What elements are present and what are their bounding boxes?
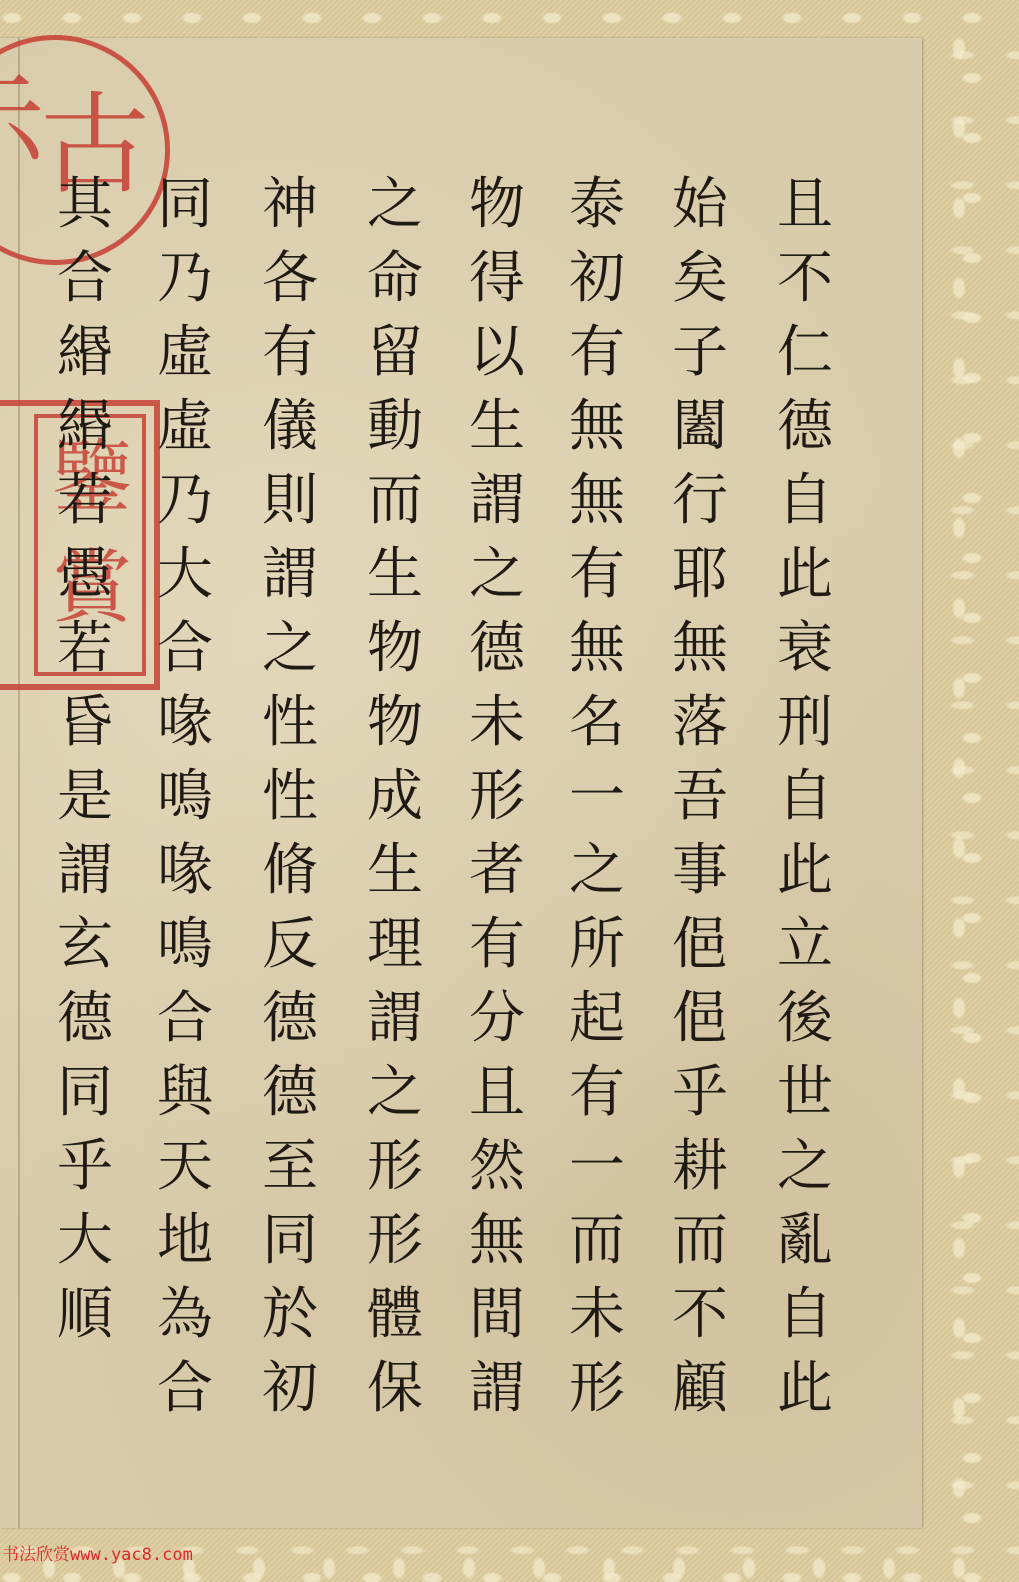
text-column-2: 始矣子闔行耶無落吾事俋俋乎耕而不顧 xyxy=(655,168,745,1426)
calligraphy-character: 自 xyxy=(760,760,850,834)
text-column-6: 神各有儀則謂之性性脩反德德至同於初 xyxy=(245,168,335,1426)
calligraphy-character: 儀 xyxy=(245,390,335,464)
calligraphy-character: 名 xyxy=(552,686,642,760)
calligraphy-character: 至 xyxy=(245,1130,335,1204)
calligraphy-character: 於 xyxy=(245,1278,335,1352)
calligraphy-character: 而 xyxy=(552,1204,642,1278)
calligraphy-character: 其 xyxy=(40,168,130,242)
calligraphy-character: 無 xyxy=(655,612,745,686)
calligraphy-character: 神 xyxy=(245,168,335,242)
calligraphy-character: 體 xyxy=(350,1278,440,1352)
calligraphy-character: 同 xyxy=(40,1056,130,1130)
calligraphy-character: 後 xyxy=(760,982,850,1056)
calligraphy-character: 成 xyxy=(350,760,440,834)
calligraphy-character: 脩 xyxy=(245,834,335,908)
calligraphy-character: 形 xyxy=(350,1130,440,1204)
calligraphy-character: 謂 xyxy=(452,464,542,538)
calligraphy-character: 吾 xyxy=(655,760,745,834)
calligraphy-character: 德 xyxy=(452,612,542,686)
calligraphy-character: 虛 xyxy=(140,390,230,464)
calligraphy-character: 緡 xyxy=(40,316,130,390)
calligraphy-character: 不 xyxy=(760,242,850,316)
calligraphy-character: 則 xyxy=(245,464,335,538)
calligraphy-character: 事 xyxy=(655,834,745,908)
calligraphy-character: 子 xyxy=(655,316,745,390)
seal-glyph: 示 xyxy=(0,70,45,180)
calligraphy-character: 不 xyxy=(655,1278,745,1352)
calligraphy-character: 得 xyxy=(452,242,542,316)
calligraphy-character: 以 xyxy=(452,316,542,390)
calligraphy-character: 地 xyxy=(140,1204,230,1278)
calligraphy-character: 謂 xyxy=(245,538,335,612)
calligraphy-character: 自 xyxy=(760,1278,850,1352)
calligraphy-character: 然 xyxy=(452,1130,542,1204)
calligraphy-character: 生 xyxy=(452,390,542,464)
calligraphy-character: 性 xyxy=(245,760,335,834)
calligraphy-character: 物 xyxy=(452,168,542,242)
calligraphy-character: 此 xyxy=(760,538,850,612)
watermark: 书法欣赏www.yac8.com xyxy=(2,1540,193,1565)
calligraphy-character: 物 xyxy=(350,612,440,686)
calligraphy-character: 耶 xyxy=(655,538,745,612)
calligraphy-character: 自 xyxy=(760,464,850,538)
calligraphy-character: 無 xyxy=(552,464,642,538)
calligraphy-character: 此 xyxy=(760,834,850,908)
calligraphy-character: 之 xyxy=(452,538,542,612)
calligraphy-character: 合 xyxy=(140,612,230,686)
calligraphy-character: 初 xyxy=(245,1352,335,1426)
calligraphy-character: 有 xyxy=(552,1056,642,1130)
calligraphy-character: 無 xyxy=(552,612,642,686)
calligraphy-character: 間 xyxy=(452,1278,542,1352)
calligraphy-character: 與 xyxy=(140,1056,230,1130)
calligraphy-character: 未 xyxy=(452,686,542,760)
text-column-7: 同乃虛虛乃大合喙鳴喙鳴合與天地為合 xyxy=(140,168,230,1426)
calligraphy-character: 鳴 xyxy=(140,908,230,982)
calligraphy-character: 乎 xyxy=(655,1056,745,1130)
calligraphy-character: 一 xyxy=(552,760,642,834)
calligraphy-character: 德 xyxy=(245,1056,335,1130)
calligraphy-character: 形 xyxy=(452,760,542,834)
calligraphy-character: 合 xyxy=(40,242,130,316)
calligraphy-character: 大 xyxy=(40,1204,130,1278)
calligraphy-character: 謂 xyxy=(452,1352,542,1426)
calligraphy-character: 闔 xyxy=(655,390,745,464)
calligraphy-character: 乃 xyxy=(140,464,230,538)
calligraphy-character: 刑 xyxy=(760,686,850,760)
calligraphy-character: 若 xyxy=(40,612,130,686)
calligraphy-character: 愚 xyxy=(40,538,130,612)
calligraphy-character: 各 xyxy=(245,242,335,316)
text-column-4: 物得以生謂之德未形者有分且然無間謂 xyxy=(452,168,542,1426)
text-column-8: 其合緡緡若愚若昏是謂玄德同乎大順 xyxy=(40,168,130,1352)
calligraphy-character: 有 xyxy=(245,316,335,390)
calligraphy-character: 分 xyxy=(452,982,542,1056)
calligraphy-character: 天 xyxy=(140,1130,230,1204)
calligraphy-character: 若 xyxy=(40,464,130,538)
calligraphy-character: 仁 xyxy=(760,316,850,390)
calligraphy-character: 物 xyxy=(350,686,440,760)
text-column-1: 且不仁德自此衰刑自此立後世之亂自此 xyxy=(760,168,850,1426)
calligraphy-character: 動 xyxy=(350,390,440,464)
calligraphy-character: 乎 xyxy=(40,1130,130,1204)
calligraphy-character: 德 xyxy=(245,982,335,1056)
calligraphy-character: 未 xyxy=(552,1278,642,1352)
calligraphy-character: 保 xyxy=(350,1352,440,1426)
calligraphy-character: 喙 xyxy=(140,686,230,760)
calligraphy-character: 顧 xyxy=(655,1352,745,1426)
calligraphy-character: 之 xyxy=(350,168,440,242)
calligraphy-character: 順 xyxy=(40,1278,130,1352)
calligraphy-character: 無 xyxy=(452,1204,542,1278)
calligraphy-character: 俋 xyxy=(655,982,745,1056)
calligraphy-character: 落 xyxy=(655,686,745,760)
calligraphy-character: 生 xyxy=(350,538,440,612)
calligraphy-character: 亂 xyxy=(760,1204,850,1278)
calligraphy-character: 玄 xyxy=(40,908,130,982)
calligraphy-character: 泰 xyxy=(552,168,642,242)
calligraphy-character: 緡 xyxy=(40,390,130,464)
calligraphy-character: 之 xyxy=(350,1056,440,1130)
calligraphy-character: 之 xyxy=(245,612,335,686)
calligraphy-character: 者 xyxy=(452,834,542,908)
calligraphy-character: 矣 xyxy=(655,242,745,316)
calligraphy-character: 昏 xyxy=(40,686,130,760)
calligraphy-character: 合 xyxy=(140,1352,230,1426)
calligraphy-character: 所 xyxy=(552,908,642,982)
calligraphy-character: 行 xyxy=(655,464,745,538)
calligraphy-character: 形 xyxy=(350,1204,440,1278)
calligraphy-text: 且不仁德自此衰刑自此立後世之亂自此 始矣子闔行耶無落吾事俋俋乎耕而不顧 泰初有無… xyxy=(0,168,922,1498)
calligraphy-character: 生 xyxy=(350,834,440,908)
calligraphy-character: 有 xyxy=(552,316,642,390)
calligraphy-character: 起 xyxy=(552,982,642,1056)
calligraphy-character: 且 xyxy=(760,168,850,242)
calligraphy-character: 德 xyxy=(40,982,130,1056)
calligraphy-character: 喙 xyxy=(140,834,230,908)
text-column-3: 泰初有無無有無名一之所起有一而未形 xyxy=(552,168,642,1426)
calligraphy-character: 之 xyxy=(760,1130,850,1204)
calligraphy-character: 合 xyxy=(140,982,230,1056)
calligraphy-character: 德 xyxy=(760,390,850,464)
text-column-5: 之命留動而生物物成生理謂之形形體保 xyxy=(350,168,440,1426)
calligraphy-character: 謂 xyxy=(40,834,130,908)
calligraphy-character: 為 xyxy=(140,1278,230,1352)
calligraphy-character: 形 xyxy=(552,1352,642,1426)
calligraphy-character: 謂 xyxy=(350,982,440,1056)
calligraphy-character: 耕 xyxy=(655,1130,745,1204)
calligraphy-character: 始 xyxy=(655,168,745,242)
calligraphy-character: 世 xyxy=(760,1056,850,1130)
calligraphy-character: 命 xyxy=(350,242,440,316)
calligraphy-character: 乃 xyxy=(140,242,230,316)
calligraphy-character: 同 xyxy=(140,168,230,242)
calligraphy-character: 初 xyxy=(552,242,642,316)
calligraphy-character: 而 xyxy=(350,464,440,538)
calligraphy-character: 同 xyxy=(245,1204,335,1278)
calligraphy-character: 無 xyxy=(552,390,642,464)
calligraphy-character: 有 xyxy=(452,908,542,982)
calligraphy-character: 反 xyxy=(245,908,335,982)
calligraphy-character: 性 xyxy=(245,686,335,760)
calligraphy-character: 之 xyxy=(552,834,642,908)
calligraphy-character: 且 xyxy=(452,1056,542,1130)
calligraphy-character: 有 xyxy=(552,538,642,612)
calligraphy-character: 理 xyxy=(350,908,440,982)
calligraphy-character: 鳴 xyxy=(140,760,230,834)
calligraphy-character: 虛 xyxy=(140,316,230,390)
calligraphy-character: 是 xyxy=(40,760,130,834)
calligraphy-character: 大 xyxy=(140,538,230,612)
calligraphy-character: 立 xyxy=(760,908,850,982)
calligraphy-character: 一 xyxy=(552,1130,642,1204)
calligraphy-character: 而 xyxy=(655,1204,745,1278)
calligraphy-character: 衰 xyxy=(760,612,850,686)
calligraphy-character: 此 xyxy=(760,1352,850,1426)
calligraphy-character: 留 xyxy=(350,316,440,390)
calligraphy-character: 俋 xyxy=(655,908,745,982)
